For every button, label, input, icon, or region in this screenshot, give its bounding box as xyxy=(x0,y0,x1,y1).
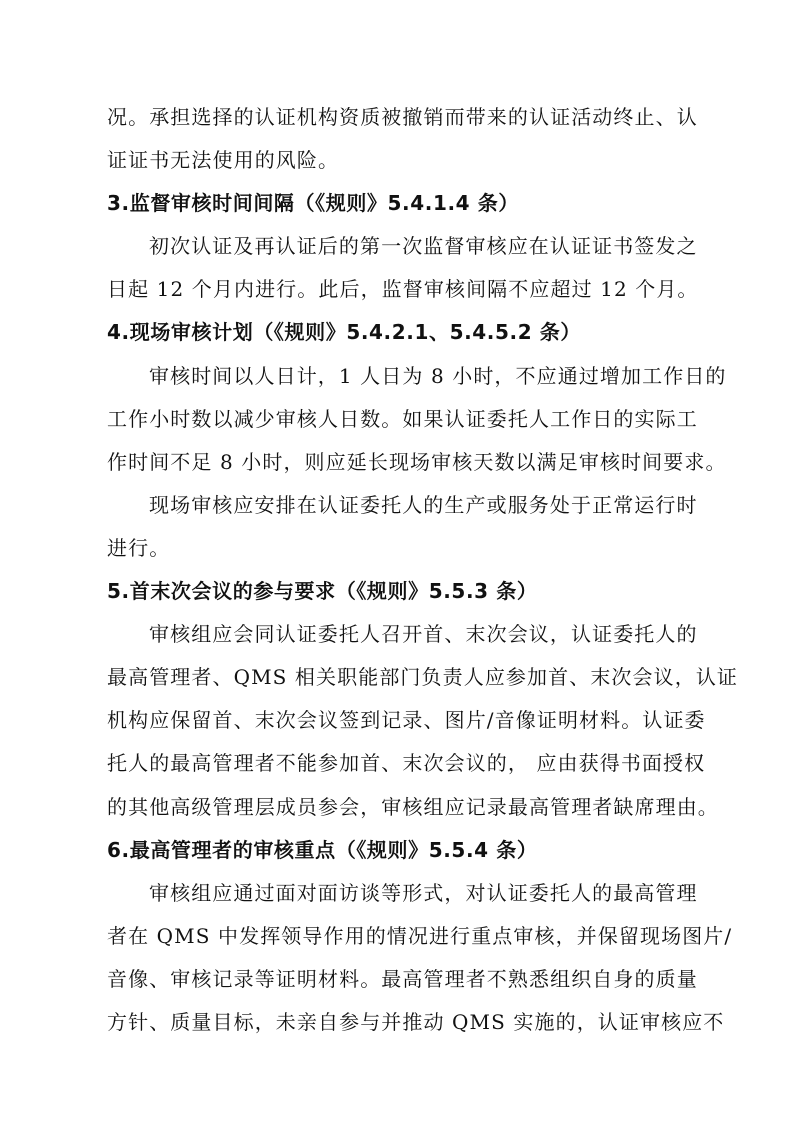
section-heading-6: 6.最高管理者的审核重点（《规则》5.5.4 条） xyxy=(107,829,687,872)
document-body: 况。承担选择的认证机构资质被撤销而带来的认证活动终止、认 证证书无法使用的风险。… xyxy=(107,96,687,1044)
section-heading-3: 3.监督审核时间间隔（《规则》5.4.1.4 条） xyxy=(107,182,687,225)
paragraph-line: 最高管理者、QMS 相关职能部门负责人应参加首、末次会议，认证 xyxy=(107,656,687,699)
paragraph-line: 初次认证及再认证后的第一次监督审核应在认证证书签发之 xyxy=(107,225,687,268)
section-heading-5: 5.首末次会议的参与要求（《规则》5.5.3 条） xyxy=(107,570,687,613)
paragraph-line: 托人的最高管理者不能参加首、末次会议的， 应由获得书面授权 xyxy=(107,742,687,785)
paragraph-line: 方针、质量目标，未亲自参与并推动 QMS 实施的，认证审核应不 xyxy=(107,1001,687,1044)
paragraph-line: 的其他高级管理层成员参会，审核组应记录最高管理者缺席理由。 xyxy=(107,786,687,829)
paragraph-line: 作时间不足 8 小时，则应延长现场审核天数以满足审核时间要求。 xyxy=(107,441,687,484)
document-page: 况。承担选择的认证机构资质被撤销而带来的认证活动终止、认 证证书无法使用的风险。… xyxy=(0,0,794,1123)
paragraph-line: 者在 QMS 中发挥领导作用的情况进行重点审核，并保留现场图片/ xyxy=(107,915,687,958)
paragraph-line: 况。承担选择的认证机构资质被撤销而带来的认证活动终止、认 xyxy=(107,96,687,139)
paragraph-line: 音像、审核记录等证明材料。最高管理者不熟悉组织自身的质量 xyxy=(107,958,687,1001)
paragraph-line: 审核时间以人日计，1 人日为 8 小时，不应通过增加工作日的 xyxy=(107,355,687,398)
paragraph-line: 现场审核应安排在认证委托人的生产或服务处于正常运行时 xyxy=(107,484,687,527)
section-heading-4: 4.现场审核计划（《规则》5.4.2.1、5.4.5.2 条） xyxy=(107,311,687,354)
paragraph-line: 审核组应通过面对面访谈等形式，对认证委托人的最高管理 xyxy=(107,872,687,915)
paragraph-line: 日起 12 个月内进行。此后，监督审核间隔不应超过 12 个月。 xyxy=(107,268,687,311)
paragraph-line: 工作小时数以减少审核人日数。如果认证委托人工作日的实际工 xyxy=(107,398,687,441)
paragraph-line: 证证书无法使用的风险。 xyxy=(107,139,687,182)
paragraph-line: 审核组应会同认证委托人召开首、末次会议，认证委托人的 xyxy=(107,613,687,656)
paragraph-line: 进行。 xyxy=(107,527,687,570)
paragraph-line: 机构应保留首、末次会议签到记录、图片/音像证明材料。认证委 xyxy=(107,699,687,742)
